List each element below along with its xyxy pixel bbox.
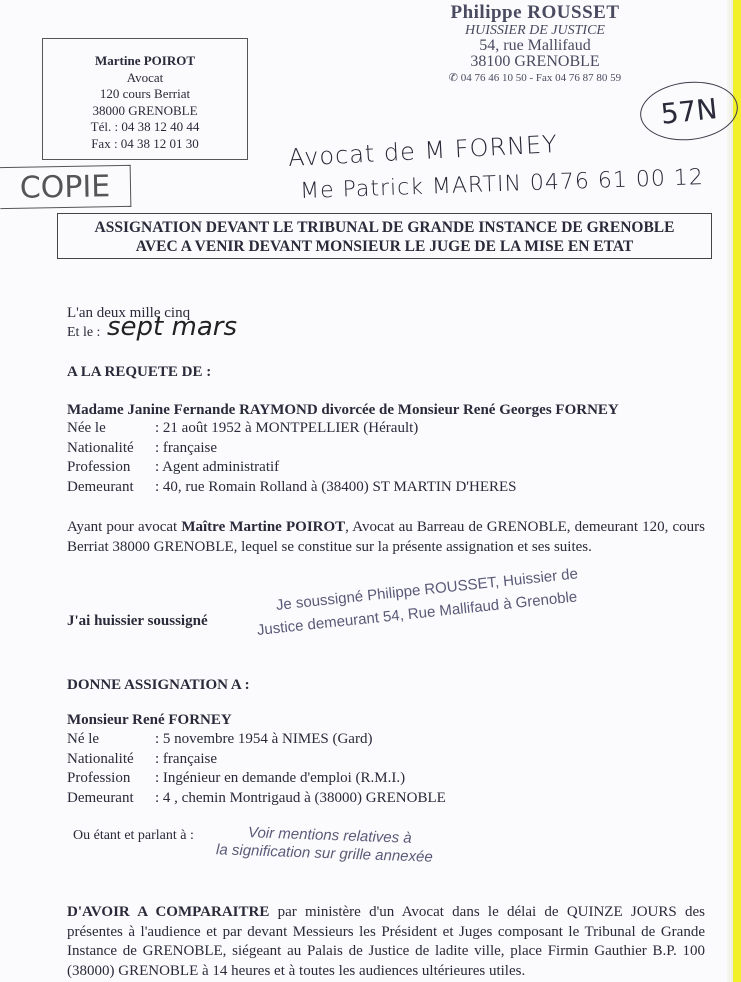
comparaitre-paragraph: D'AVOIR A COMPARAITRE par ministère d'un… [67,903,705,981]
field-label: Née le [67,419,155,439]
huissier-phone: ✆ 04 76 46 10 50 - Fax 04 76 87 80 59 [405,70,665,86]
field-row: Profession : Ingénieur en demande d'empl… [67,769,446,789]
date-day-label: Et le : [67,323,100,342]
avocat-name: Maître Martine POIROT [181,519,345,535]
field-label: Demeurant [67,478,155,498]
avocat-paragraph: Ayant pour avocat Maître Martine POIROT,… [67,518,705,557]
huissier-city: 38100 GRENOBLE [405,54,665,70]
lawyer-street: 120 cours Berriat [43,86,247,103]
field-row: Demeurant : 4 , chemin Montrigaud à (380… [67,789,446,809]
field-label: Profession [67,458,155,478]
requerant-name: Madame Janine Fernande RAYMOND divorcée … [67,401,619,420]
date-day-handwritten: sept mars [107,312,237,342]
title-line1: ASSIGNATION DEVANT LE TRIBUNAL DE GRANDE… [58,218,711,237]
field-value: : française [155,750,217,770]
field-row: Né le : 5 novembre 1954 à NIMES (Gard) [67,730,446,750]
field-label: Demeurant [67,789,155,809]
field-value: : française [155,439,217,459]
field-value: : 40, rue Romain Rolland à (38400) ST MA… [155,478,517,498]
field-row: Nationalité : française [67,439,517,459]
lawyer-city: 38000 GRENOBLE [43,103,247,120]
field-value: : Agent administratif [155,458,279,478]
huissier-name: Philippe ROUSSET [405,2,665,24]
copie-stamp: COPIE [0,165,131,209]
handwritten-note-line2: Me Patrick MARTIN 0476 61 00 12 [300,165,705,204]
avocat-prefix: Ayant pour avocat [67,519,181,535]
assigne-fields: Né le : 5 novembre 1954 à NIMES (Gard) N… [67,730,446,808]
lawyer-fax: Fax : 04 38 12 01 30 [43,136,247,153]
field-value: : 21 août 1952 à MONTPELLIER (Hérault) [155,419,418,439]
field-row: Née le : 21 août 1952 à MONTPELLIER (Hér… [67,419,517,439]
handwritten-note-line1: Avocat de M FORNEY [287,130,558,172]
lawyer-name: Martine POIROT [43,53,247,70]
field-value: : 4 , chemin Montrigaud à (38000) GRENOB… [155,789,446,809]
document-title: ASSIGNATION DEVANT LE TRIBUNAL DE GRANDE… [57,213,712,259]
requete-heading: A LA REQUETE DE : [67,363,211,382]
comparaitre-lead: D'AVOIR A COMPARAITRE [67,904,269,920]
lawyer-tel: Tél. : 04 38 12 40 44 [43,119,247,136]
field-label: Né le [67,730,155,750]
title-line2: AVEC A VENIR DEVANT MONSIEUR LE JUGE DE … [58,237,711,256]
requerant-fields: Née le : 21 août 1952 à MONTPELLIER (Hér… [67,419,517,497]
parlant-label: Ou étant et parlant à : [73,826,194,845]
field-label: Nationalité [67,439,155,459]
lawyer-title: Avocat [43,70,247,87]
huissier-title: HUISSIER DE JUSTICE [405,24,665,38]
field-label: Profession [67,769,155,789]
field-value: : Ingénieur en demande d'emploi (R.M.I.) [155,769,405,789]
huissier-street: 54, rue Mallifaud [405,38,665,54]
reference-mark: 57N [637,77,741,145]
scan-edge-strip [733,0,741,982]
huissier-label: J'ai huissier soussigné [67,612,208,631]
assignation-heading: DONNE ASSIGNATION A : [67,676,250,695]
field-row: Profession : Agent administratif [67,458,517,478]
assigne-name: Monsieur René FORNEY [67,711,232,730]
field-label: Nationalité [67,750,155,770]
field-row: Nationalité : française [67,750,446,770]
field-row: Demeurant : 40, rue Romain Rolland à (38… [67,478,517,498]
huissier-letterhead: Philippe ROUSSET HUISSIER DE JUSTICE 54,… [405,2,665,86]
field-value: : 5 novembre 1954 à NIMES (Gard) [155,730,372,750]
lawyer-letterhead: Martine POIROT Avocat 120 cours Berriat … [42,38,248,160]
